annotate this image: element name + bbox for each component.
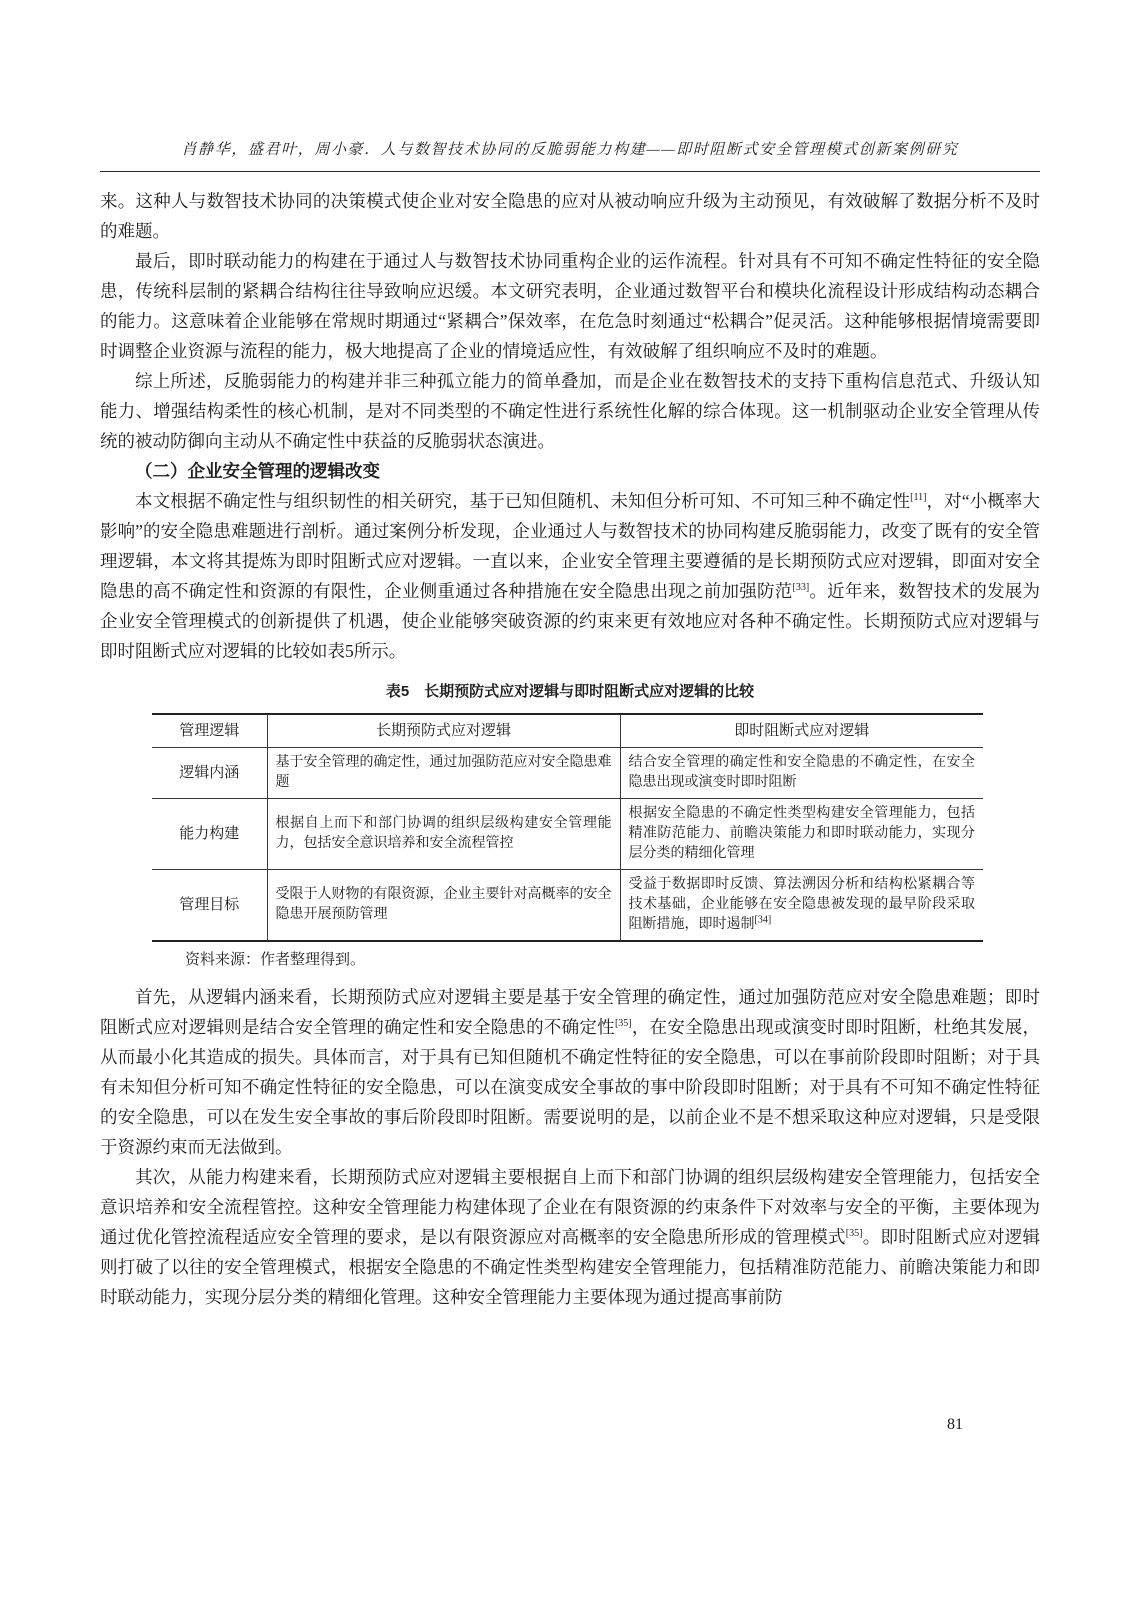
table-cell: 受限于人财物的有限资源，企业主要针对高概率的安全隐患开展预防管理 xyxy=(267,870,620,942)
paragraph: 本文根据不确定性与组织韧性的相关研究，基于已知但随机、未知但分析可知、不可知三种… xyxy=(100,486,1040,666)
table-cell: 根据自上而下和部门协调的组织层级构建安全管理能力，包括安全意识培养和安全流程管控 xyxy=(267,799,620,870)
journal-page: { "header": { "running_head": "肖静华，盛君叶，周… xyxy=(0,0,1140,1600)
table-cell: 受益于数据即时反馈、算法溯因分析和结构松紧耦合等技术基础，企业能够在安全隐患被发… xyxy=(620,870,983,942)
table-row-label: 能力构建 xyxy=(152,799,267,870)
table-row-label: 逻辑内涵 xyxy=(152,748,267,799)
table-row: 管理目标 受限于人财物的有限资源，企业主要针对高概率的安全隐患开展预防管理 受益… xyxy=(152,870,983,942)
table-cell: 基于安全管理的确定性，通过加强防范应对安全隐患难题 xyxy=(267,748,620,799)
section-heading: （二）企业安全管理的逻辑改变 xyxy=(100,456,1040,486)
paragraph: 最后，即时联动能力的构建在于通过人与数智技术协同重构企业的运作流程。针对具有不可… xyxy=(100,246,1040,366)
citation-ref: [35] xyxy=(615,1018,632,1029)
table-row: 逻辑内涵 基于安全管理的确定性，通过加强防范应对安全隐患难题 结合安全管理的确定… xyxy=(152,748,983,799)
page-content: 肖静华，盛君叶，周小豪．人与数智技术协同的反脆弱能力构建——即时阻断式安全管理模… xyxy=(100,141,1040,1312)
table-header-cell: 即时阻断式应对逻辑 xyxy=(620,714,983,748)
table-header-cell: 长期预防式应对逻辑 xyxy=(267,714,620,748)
table-source-note: 资料来源：作者整理得到。 xyxy=(100,949,1040,971)
table-cell: 根据安全隐患的不确定性类型构建安全管理能力，包括精准防范能力、前瞻决策能力和即时… xyxy=(620,799,983,870)
citation-ref: [33] xyxy=(793,582,810,593)
table-header-cell: 管理逻辑 xyxy=(152,714,267,748)
table-row-label: 管理目标 xyxy=(152,870,267,942)
paragraph: 其次，从能力构建来看，长期预防式应对逻辑主要根据自上而下和部门协调的组织层级构建… xyxy=(100,1162,1040,1312)
running-head: 肖静华，盛君叶，周小豪．人与数智技术协同的反脆弱能力构建——即时阻断式安全管理模… xyxy=(100,141,1040,172)
paragraph: 综上所述，反脆弱能力的构建并非三种孤立能力的简单叠加，而是企业在数智技术的支持下… xyxy=(100,366,1040,456)
table-row: 能力构建 根据自上而下和部门协调的组织层级构建安全管理能力，包括安全意识培养和安… xyxy=(152,799,983,870)
table-caption: 表5 长期预防式应对逻辑与即时阻断式应对逻辑的比较 xyxy=(100,681,1040,703)
comparison-table: 管理逻辑 长期预防式应对逻辑 即时阻断式应对逻辑 逻辑内涵 基于安全管理的确定性… xyxy=(152,713,983,942)
table-cell: 结合安全管理的确定性和安全隐患的不确定性，在安全隐患出现或演变时即时阻断 xyxy=(620,748,983,799)
paragraph-continued: 来。这种人与数智技术协同的决策模式使企业对安全隐患的应对从被动响应升级为主动预见… xyxy=(100,186,1040,246)
citation-ref: [35] xyxy=(846,1228,863,1239)
table-header-row: 管理逻辑 长期预防式应对逻辑 即时阻断式应对逻辑 xyxy=(152,714,983,748)
citation-ref: [34] xyxy=(755,914,772,925)
page-number: 81 xyxy=(947,1416,963,1434)
citation-ref: [11] xyxy=(910,492,926,503)
paragraph: 首先，从逻辑内涵来看，长期预防式应对逻辑主要是基于安全管理的确定性，通过加强防范… xyxy=(100,982,1040,1162)
